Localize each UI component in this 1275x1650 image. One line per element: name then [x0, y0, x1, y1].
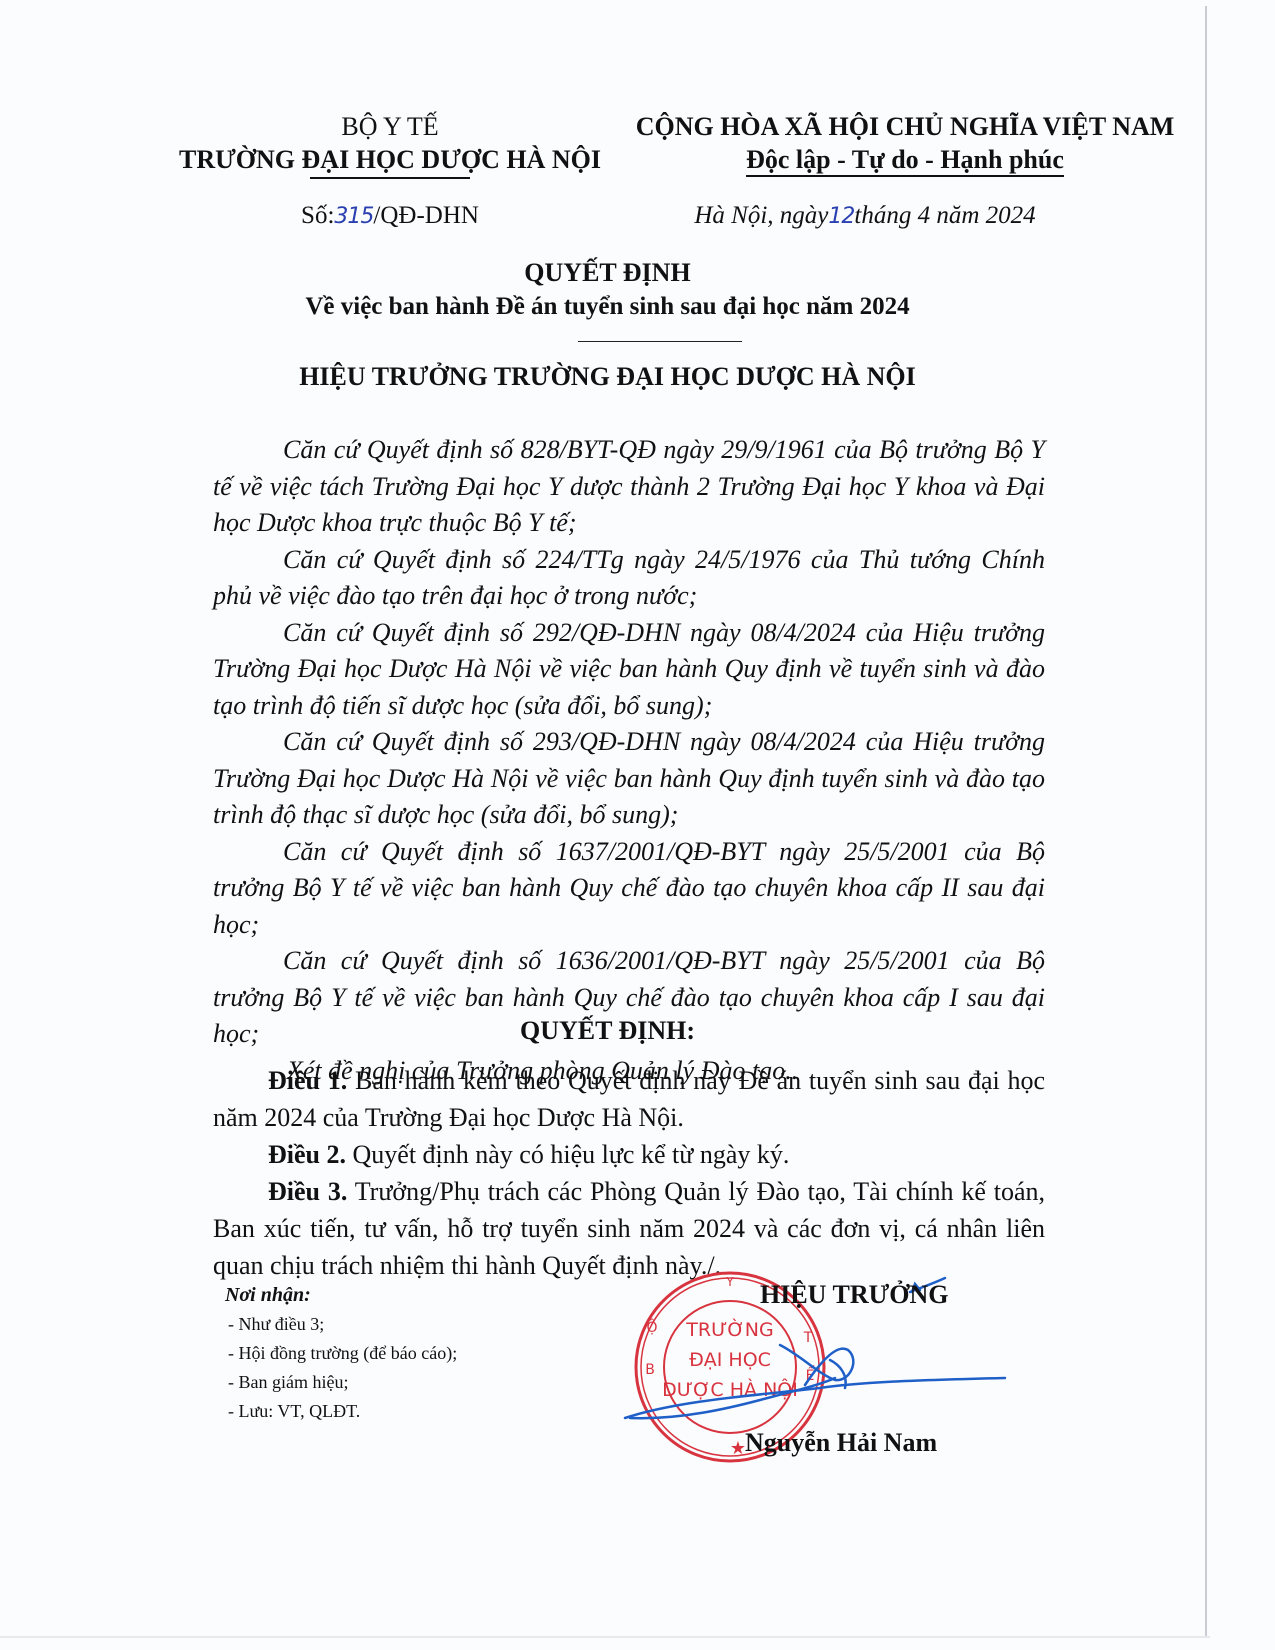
article-label: Điều 2. — [268, 1140, 346, 1169]
article-1: Điều 1. Ban hành kèm theo Quyết định này… — [213, 1062, 1045, 1136]
school-name: TRƯỜNG ĐẠI HỌC DƯỢC HÀ NỘI — [160, 143, 620, 176]
recipient-item: - Như điều 3; — [228, 1310, 645, 1339]
article-2: Điều 2. Quyết định này có hiệu lực kể từ… — [213, 1136, 1045, 1173]
recipient-item: - Ban giám hiệu; — [228, 1368, 645, 1397]
issuing-authority: HIỆU TRƯỞNG TRƯỜNG ĐẠI HỌC DƯỢC HÀ NỘI — [0, 362, 1245, 392]
doc-number-prefix: Số: — [301, 202, 334, 229]
legal-basis: Căn cứ Quyết định số 293/QĐ-DHN ngày 08/… — [213, 724, 1045, 834]
legal-bases: Căn cứ Quyết định số 828/BYT-QĐ ngày 29/… — [213, 432, 1045, 1089]
stamp-ring-mark: B — [645, 1362, 655, 1378]
school-underline — [310, 177, 470, 179]
issuing-agency-block: BỘ Y TẾ TRƯỜNG ĐẠI HỌC DƯỢC HÀ NỘI — [160, 110, 620, 179]
legal-basis: Căn cứ Quyết định số 292/QĐ-DHN ngày 08/… — [213, 615, 1045, 725]
title-divider — [578, 341, 742, 342]
stamp-line-3: DƯỢC HÀ NỘI — [662, 1377, 798, 1401]
article-label: Điều 3. — [268, 1177, 347, 1206]
ministry-name: BỘ Y TẾ — [160, 110, 620, 143]
country-name: CỘNG HÒA XÃ HỘI CHỦ NGHĨA VIỆT NAM — [630, 110, 1180, 143]
national-motto: Độc lập - Tự do - Hạnh phúc — [746, 145, 1064, 177]
stamp-star-icon: ★ — [730, 1438, 746, 1459]
document-type-heading: QUYẾT ĐỊNH — [0, 258, 1245, 288]
stamp-line-2: ĐẠI HỌC — [689, 1349, 771, 1371]
stamp-ring-mark: Ế — [806, 1365, 815, 1384]
signer-title: HIỆU TRƯỞNG — [760, 1280, 949, 1310]
date-day-handwritten: 12 — [828, 204, 854, 229]
legal-basis: Căn cứ Quyết định số 224/TTg ngày 24/5/1… — [213, 542, 1045, 615]
stamp-ring-mark: Ộ — [646, 1318, 657, 1336]
scan-bottom-line — [0, 1636, 1210, 1638]
article-3: Điều 3. Trưởng/Phụ trách các Phòng Quản … — [213, 1173, 1045, 1284]
doc-number-suffix: /QĐ-DHN — [373, 202, 479, 229]
stamp-ring-mark: Y — [725, 1275, 734, 1289]
date-line: Hà Nội, ngày12tháng 4 năm 2024 — [630, 202, 1100, 230]
national-title-block: CỘNG HÒA XÃ HỘI CHỦ NGHĨA VIỆT NAM Độc l… — [630, 110, 1180, 177]
document-subject: Về việc ban hành Đề án tuyển sinh sau đạ… — [0, 293, 1245, 321]
article-text: Quyết định này có hiệu lực kể từ ngày ký… — [346, 1140, 789, 1169]
recipients-title: Nơi nhận: — [225, 1281, 645, 1310]
recipients-block: Nơi nhận: - Như điều 3; - Hội đồng trườn… — [225, 1281, 645, 1426]
signer-name: Nguyễn Hải Nam — [745, 1428, 937, 1458]
decides-heading: QUYẾT ĐỊNH: — [0, 1016, 1245, 1046]
article-label: Điều 1. — [268, 1066, 347, 1095]
stamp-ring-mark: T — [803, 1330, 813, 1346]
document-page: BỘ Y TẾ TRƯỜNG ĐẠI HỌC DƯỢC HÀ NỘI CỘNG … — [0, 0, 1275, 1650]
document-number: Số:315/QĐ-DHN — [160, 202, 620, 230]
stamp-line-1: TRƯỜNG — [685, 1317, 773, 1341]
doc-number-handwritten: 315 — [334, 204, 373, 229]
date-suffix: tháng 4 năm 2024 — [854, 202, 1035, 229]
date-prefix: Hà Nội, ngày — [694, 202, 828, 229]
recipient-item: - Hội đồng trường (để báo cáo); — [228, 1339, 645, 1368]
scan-edge-line — [1205, 6, 1207, 1636]
legal-basis: Căn cứ Quyết định số 828/BYT-QĐ ngày 29/… — [213, 432, 1045, 542]
legal-basis: Căn cứ Quyết định số 1637/2001/QĐ-BYT ng… — [213, 834, 1045, 944]
recipient-item: - Lưu: VT, QLĐT. — [228, 1397, 645, 1426]
articles: Điều 1. Ban hành kèm theo Quyết định này… — [213, 1062, 1045, 1284]
